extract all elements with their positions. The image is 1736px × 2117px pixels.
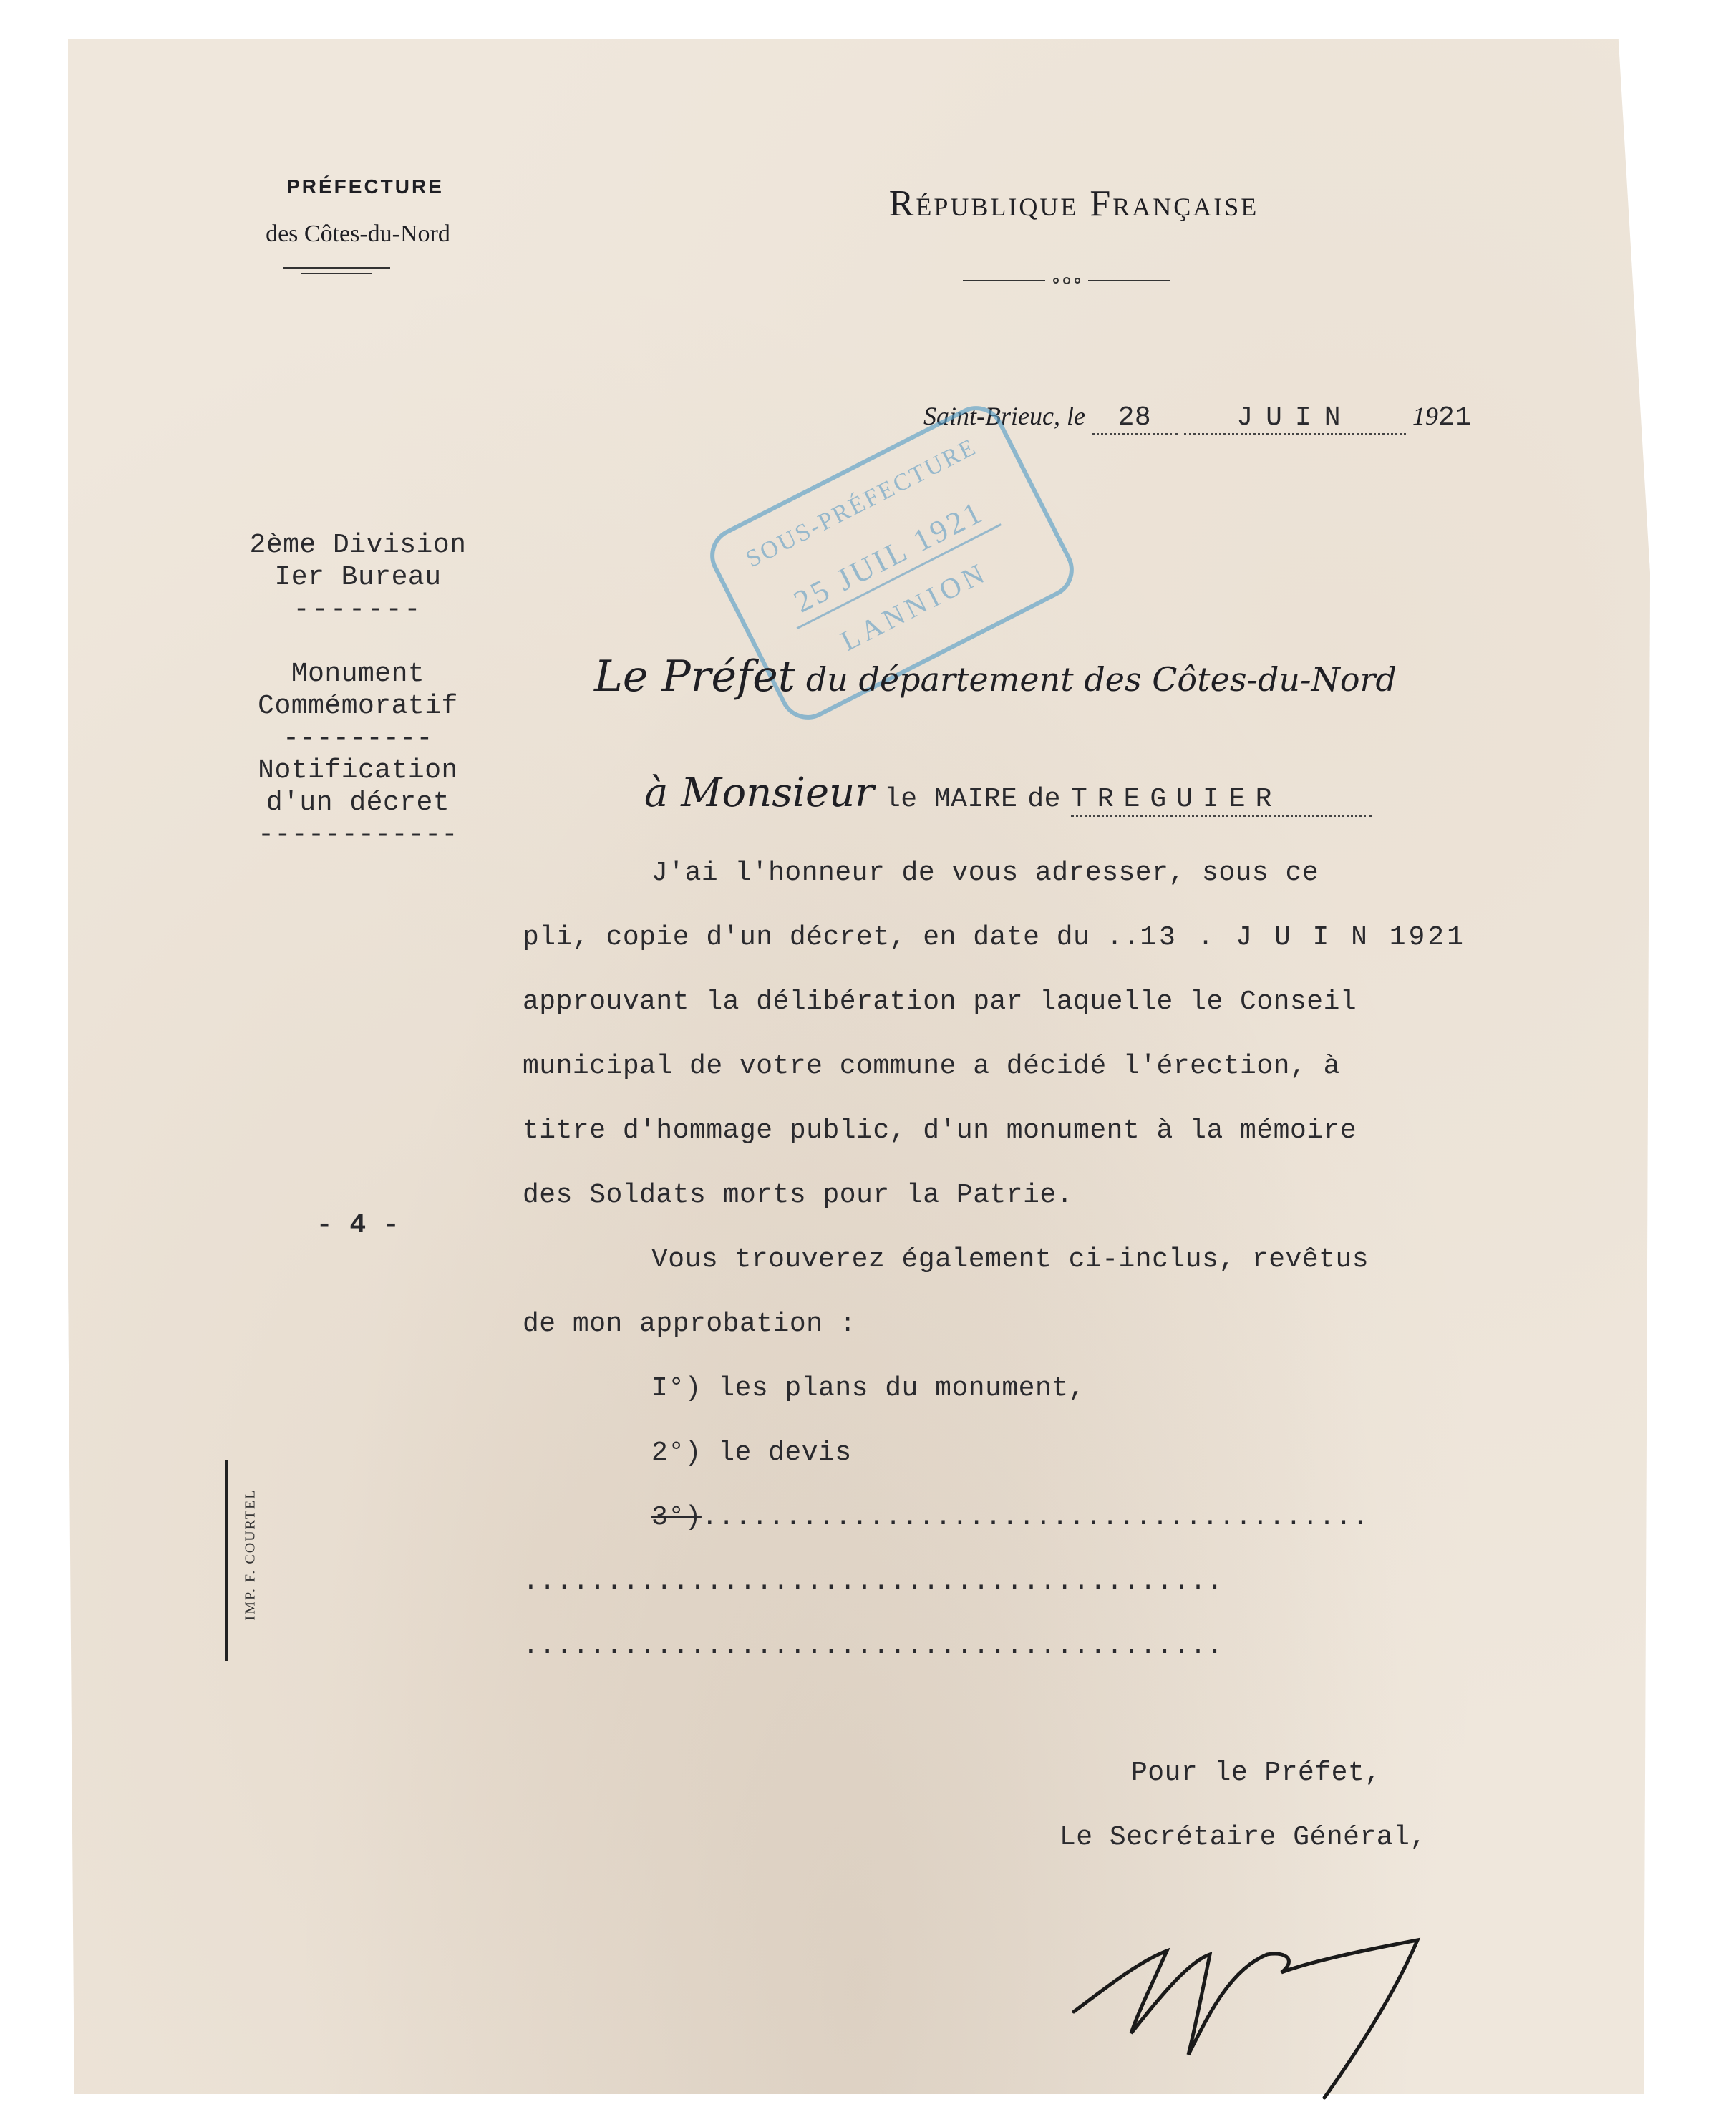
sidebar-divider-3: ------------ [200,820,515,851]
recipient-line: à Monsieur le MAIRE de TREGUIER [644,770,1372,817]
sidebar-subject-1: Monument [200,659,515,689]
dotted-line: ........................................… [523,1614,1539,1679]
prefecture-rule-short [301,273,372,274]
closing-line-2: Le Secrétaire Général, [1059,1822,1427,1853]
sender-department: du département des Côtes-du-Nord [806,660,1397,699]
sidebar-subject-3: Notification [200,755,515,786]
imprint-rule [225,1460,228,1661]
sidebar-subject-2: Commémoratif [200,691,515,722]
prefecture-title: PRÉFECTURE [258,175,472,198]
recipient-town: TREGUIER [1071,784,1372,817]
signature-icon [1059,1883,1460,2112]
enclosure-item-1: I°) les plans du monument, [523,1357,1539,1421]
body-line: J'ai l'honneur de vous adresser, sous ce [523,841,1539,906]
enclosure-item-2: 2°) le devis [523,1421,1539,1486]
date-year-prefix: 19 [1412,402,1438,430]
decree-date: 13 . J U I N 1921 [1140,922,1466,953]
sidebar-subject-4: d'un décret [200,788,515,818]
sidebar-bureau: Ier Bureau [200,562,515,593]
sender-line: Le Préfet du département des Côtes-du-No… [594,651,1397,702]
sidebar-divider-2: --------- [200,723,515,754]
struck-number: 3°) [651,1502,702,1533]
sender-title: Le Préfet [594,651,795,702]
body-line: pli, copie d'un décret, en date du ..13 … [523,906,1539,970]
page-number: - 4 - [200,1210,515,1241]
date-year-suffix: 21 [1438,402,1472,433]
body-line-text: pli, copie d'un décret, en date du .. [523,922,1140,953]
date-day: 28 [1092,402,1178,435]
prefecture-subtitle: des Côtes-du-Nord [193,221,523,248]
sidebar-divider: ------- [200,594,515,625]
body-line: de mon approbation : [523,1292,1539,1357]
dotted-line: ........................................… [523,1550,1539,1614]
dotted-fill: ........................................ [702,1502,1369,1533]
body-line: Vous trouverez également ci-inclus, revê… [523,1228,1539,1292]
republic-title: République Française [759,183,1389,225]
recipient-title: le MAIRE [884,784,1017,815]
ornament-divider-icon [963,276,1170,286]
body-line: municipal de votre commune a décidé l'ér… [523,1035,1539,1099]
sidebar-division: 2ème Division [200,530,515,561]
closing-line-1: Pour le Préfet, [1131,1758,1382,1788]
printer-imprint: IMP. F. COURTEL [215,1460,294,1661]
body-line: des Soldats morts pour la Patrie. [523,1163,1539,1228]
letter-body: J'ai l'honneur de vous adresser, sous ce… [523,841,1539,1679]
recipient-salutation: à Monsieur [644,770,874,816]
recipient-prep: de [1027,784,1061,815]
prefecture-rule [283,267,390,269]
imprint-text: IMP. F. COURTEL [243,1455,259,1655]
enclosure-item-3: 3°).....................................… [523,1486,1539,1550]
date-month: JUIN [1184,402,1406,435]
body-line: titre d'hommage public, d'un monument à … [523,1099,1539,1163]
body-line: approuvant la délibération par laquelle … [523,970,1539,1035]
